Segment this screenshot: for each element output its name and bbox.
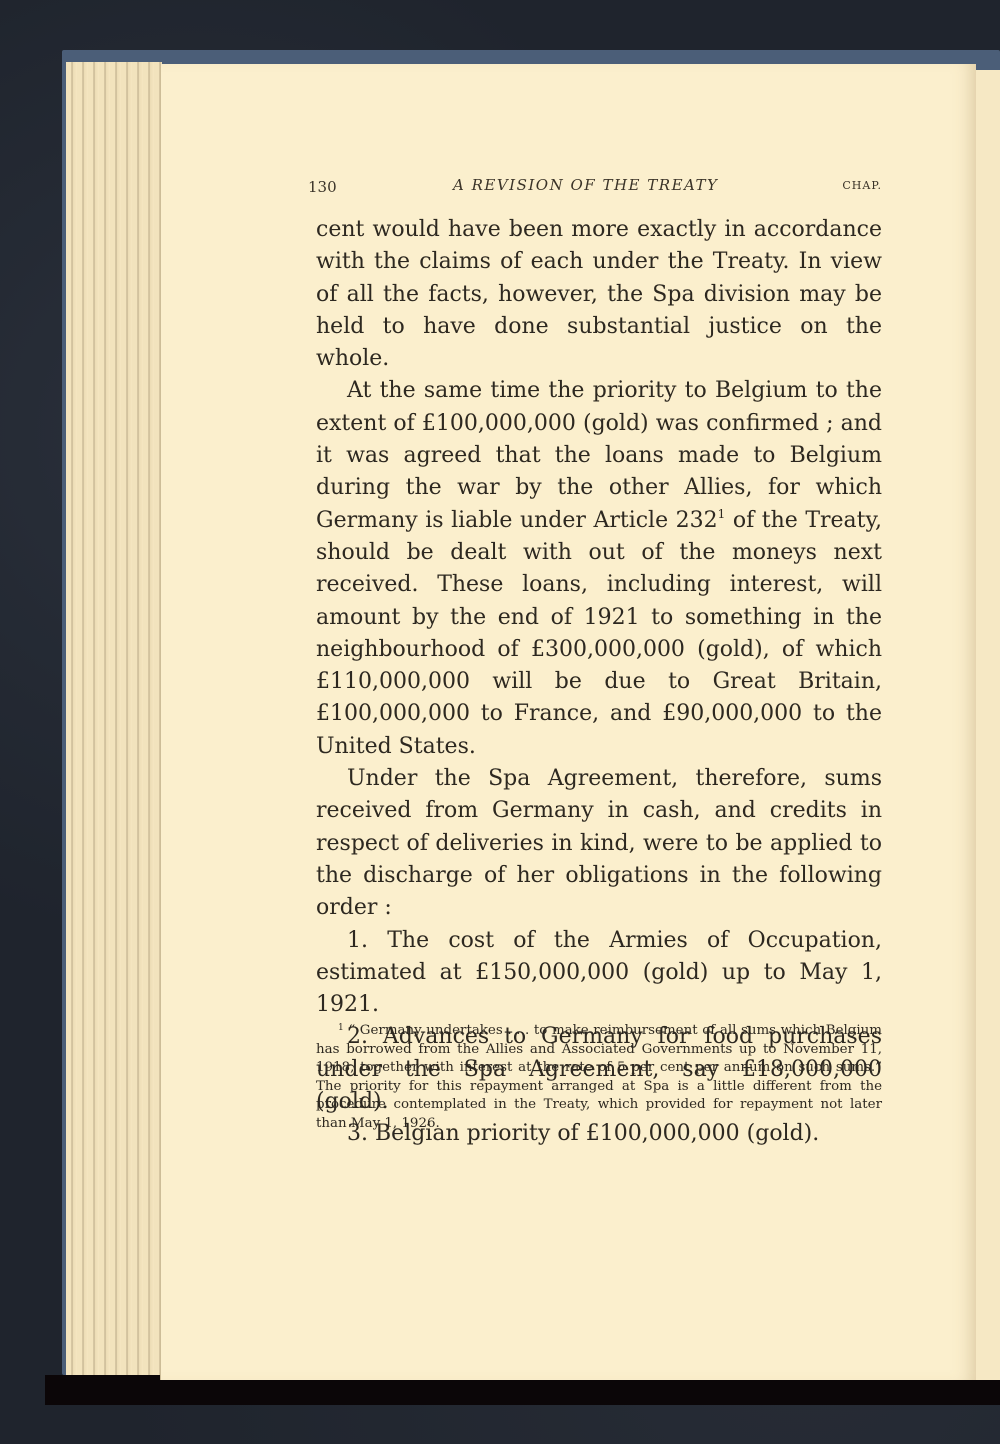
running-title: A REVISION OF THE TREATY: [453, 176, 718, 194]
list-text: The cost of the Armies of Occupation, es…: [316, 928, 882, 1018]
page-number: 130: [308, 178, 337, 196]
footnotes: 1 “ Germany undertakes . . . to make rei…: [316, 1022, 882, 1133]
body-text: cent would have been more exactly in acc…: [316, 214, 882, 1151]
chapter-label: CHAP.: [842, 179, 882, 192]
paragraph: cent would have been more exactly in acc…: [316, 214, 882, 375]
page-edges: [66, 62, 162, 1375]
paragraph-text: of the Treaty, should be dealt with out …: [316, 508, 882, 759]
paragraph: Under the Spa Agreement, therefore, sums…: [316, 763, 882, 924]
running-head: 130 A REVISION OF THE TREATY CHAP.: [308, 176, 882, 200]
footnote-text: “ Germany undertakes . . . to make reimb…: [316, 1023, 882, 1131]
footnote-marker: 1: [338, 1023, 344, 1033]
footnote: 1 “ Germany undertakes . . . to make rei…: [316, 1022, 882, 1133]
list-item: 1. The cost of the Armies of Occupation,…: [316, 925, 882, 1022]
facing-page-edge: [975, 70, 1000, 1380]
list-number: 1.: [347, 928, 368, 953]
paragraph: At the same time the priority to Belgium…: [316, 375, 882, 763]
